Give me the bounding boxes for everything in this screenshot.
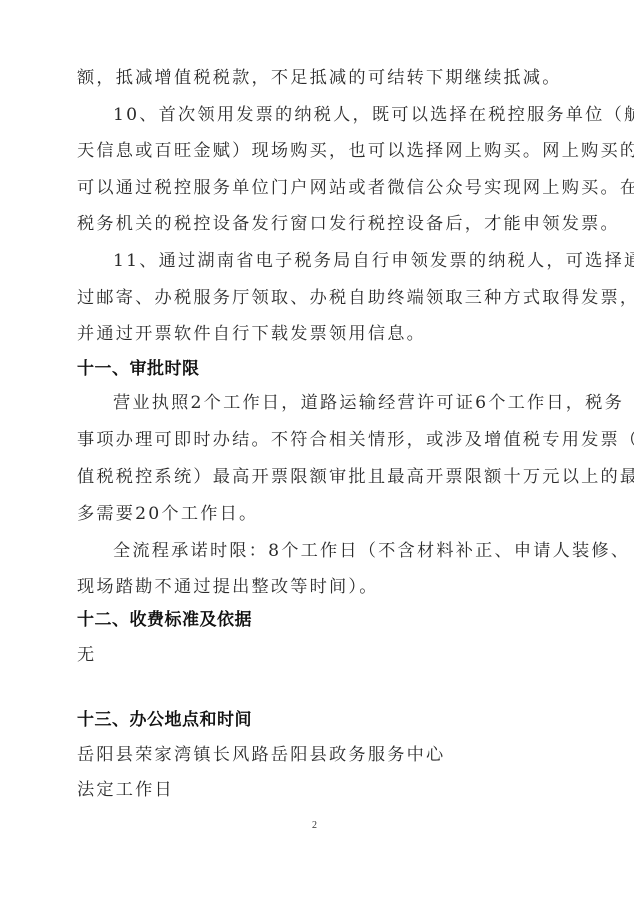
paragraph-line: 全流程承诺时限：8个工作日（不含材料补正、申请人装修、 [113,540,561,562]
paragraph-line: 额，抵减增值税税款，不足抵减的可结转下期继续抵减。 [77,67,561,89]
paragraph-line: 并通过开票软件自行下载发票领用信息。 [77,323,561,345]
paragraph-line: 税务机关的税控设备发行窗口发行税控设备后，才能申领发票。 [77,213,561,235]
page-number: 2 [312,820,317,831]
paragraph-line: 10、首次领用发票的纳税人，既可以选择在税控服务单位（航 [113,104,561,126]
paragraph-line: 事项办理可即时办结。不符合相关情形，或涉及增值税专用发票（增 [77,429,561,451]
section-heading-approval-time: 十一、审批时限 [77,358,561,380]
paragraph-line: 过邮寄、办税服务厅领取、办税自助终端领取三种方式取得发票， [77,287,561,309]
paragraph-line: 营业执照2个工作日，道路运输经营许可证6个工作日，税务 [113,392,561,414]
office-address: 岳阳县荣家湾镇长风路岳阳县政务服务中心 [77,744,561,766]
paragraph-line: 天信息或百旺金赋）现场购买，也可以选择网上购买。网上购买的 [77,140,561,162]
section-heading-fees: 十二、收费标准及依据 [77,609,561,631]
paragraph-line: 值税税控系统）最高开票限额审批且最高开票限额十万元以上的最 [77,466,561,488]
document-page: 额，抵减增值税税款，不足抵减的可结转下期继续抵减。 10、首次领用发票的纳税人，… [0,0,634,898]
paragraph-line: 11、通过湖南省电子税务局自行申领发票的纳税人，可选择通 [113,250,561,272]
section-heading-office-location: 十三、办公地点和时间 [77,709,561,731]
paragraph-line: 现场踏勘不通过提出整改等时间）。 [77,576,561,598]
paragraph-line: 多需要20个工作日。 [77,503,561,525]
paragraph-line: 无 [77,644,561,666]
paragraph-line: 可以通过税控服务单位门户网站或者微信公众号实现网上购买。在 [77,177,561,199]
office-hours: 法定工作日 [77,779,561,801]
